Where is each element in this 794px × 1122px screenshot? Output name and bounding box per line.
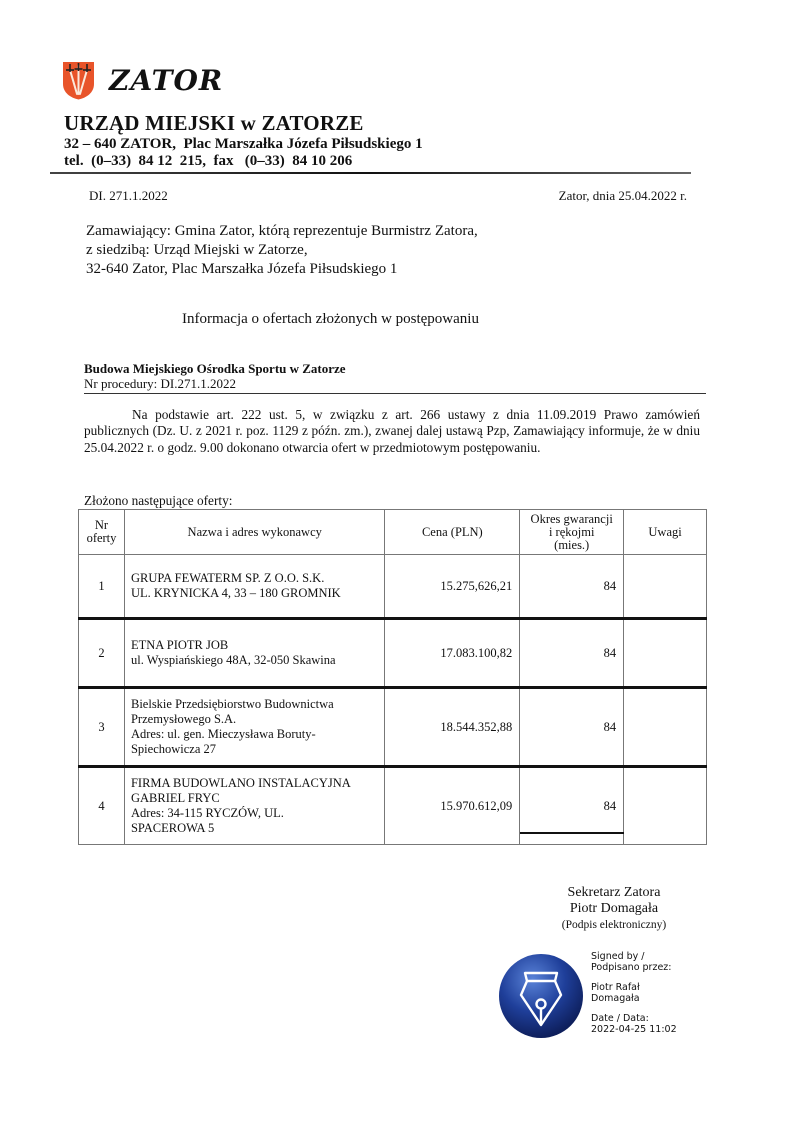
project-divider: [84, 393, 706, 394]
contractor-name-address: Bielskie Przedsiębiorstwo BudownictwaPrz…: [124, 688, 384, 767]
project-name: Budowa Miejskiego Ośrodka Sportu w Zator…: [84, 361, 346, 377]
offer-number: 3: [79, 688, 125, 767]
contractor-line: UL. KRYNICKA 4, 33 – 180 GROMNIK: [131, 586, 378, 601]
fountain-pen-seal-icon: [498, 953, 584, 1039]
office-address: 32 – 640 ZATOR, Plac Marszałka Józefa Pi…: [64, 136, 423, 153]
signature-date: 2022-04-25 11:02: [591, 1024, 677, 1035]
offer-warranty: 84: [520, 688, 624, 767]
header-price: Cena (PLN): [385, 510, 520, 555]
offer-warranty: 84: [520, 555, 624, 619]
table-row: 1GRUPA FEWATERM SP. Z O.O. S.K.UL. KRYNI…: [79, 555, 707, 619]
contractor-line: SPACEROWA 5: [131, 821, 378, 836]
coat-of-arms-icon: [62, 60, 95, 100]
offers-label: Złożono następujące oferty:: [84, 493, 232, 509]
table-row: 3Bielskie Przedsiębiorstwo BudownictwaPr…: [79, 688, 707, 767]
letterhead-logo: ZATOR: [62, 60, 223, 100]
offer-notes: [624, 619, 707, 688]
header-warranty: Okres gwarancji i rękojmi (mies.): [520, 510, 624, 555]
offer-number: 2: [79, 619, 125, 688]
place-date: Zator, dnia 25.04.2022 r.: [559, 188, 687, 204]
contractor-line: Bielskie Przedsiębiorstwo Budownictwa: [131, 697, 378, 712]
brand-name: ZATOR: [109, 64, 223, 97]
table-row: 2ETNA PIOTR JOBul. Wyspiańskiego 48A, 32…: [79, 619, 707, 688]
client-line: 32-640 Zator, Plac Marszałka Józefa Piłs…: [86, 260, 478, 279]
offer-price: 15.275,626,21: [385, 555, 520, 619]
office-name: URZĄD MIEJSKI w ZATORZE: [64, 111, 364, 136]
body-paragraph: Na podstawie art. 222 ust. 5, w związku …: [84, 407, 700, 456]
signer-title: Sekretarz Zatora: [520, 885, 708, 901]
document-title: Informacja o ofertach złożonych w postęp…: [182, 311, 479, 328]
offer-number: 1: [79, 555, 125, 619]
header-name: Nazwa i adres wykonawcy: [124, 510, 384, 555]
contractor-name-address: GRUPA FEWATERM SP. Z O.O. S.K.UL. KRYNIC…: [124, 555, 384, 619]
offers-table: Nr oferty Nazwa i adres wykonawcy Cena (…: [78, 509, 707, 845]
offer-warranty: 84: [520, 619, 624, 688]
offer-notes: [624, 767, 707, 845]
signature-note: (Podpis elektroniczny): [520, 917, 708, 933]
contractor-name-address: ETNA PIOTR JOBul. Wyspiańskiego 48A, 32-…: [124, 619, 384, 688]
offer-price: 15.970.612,09: [385, 767, 520, 845]
header-nr: Nr oferty: [79, 510, 125, 555]
contractor-line: ul. Wyspiańskiego 48A, 32-050 Skawina: [131, 653, 378, 668]
procedure-number: Nr procedury: DI.271.1.2022: [84, 376, 236, 392]
reference-number: DI. 271.1.2022: [89, 188, 168, 204]
client-line: Zamawiający: Gmina Zator, którą reprezen…: [86, 222, 478, 241]
contractor-line: FIRMA BUDOWLANO INSTALACYJNA: [131, 776, 378, 791]
header-notes: Uwagi: [624, 510, 707, 555]
signer-full-name: Piotr Rafał: [591, 982, 677, 993]
contractor-line: Adres: ul. gen. Mieczysława Boruty-: [131, 727, 378, 742]
office-phone: tel. (0–33) 84 12 215, fax (0–33) 84 10 …: [64, 153, 352, 170]
client-line: z siedzibą: Urząd Miejski w Zatorze,: [86, 241, 478, 260]
offer-price: 18.544.352,88: [385, 688, 520, 767]
signer-name: Piotr Domagała: [520, 901, 708, 917]
warranty-underline: [520, 832, 624, 834]
contractor-line: GRUPA FEWATERM SP. Z O.O. S.K.: [131, 571, 378, 586]
signature-details: Signed by / Podpisano przez: Piotr Rafał…: [591, 951, 677, 1035]
contractor-name-address: FIRMA BUDOWLANO INSTALACYJNAGABRIEL FRYC…: [124, 767, 384, 845]
signature-block: Sekretarz Zatora Piotr Domagała (Podpis …: [520, 885, 708, 933]
offer-number: 4: [79, 767, 125, 845]
client-block: Zamawiający: Gmina Zator, którą reprezen…: [86, 222, 478, 279]
letterhead-divider: [50, 172, 691, 174]
contractor-line: Adres: 34-115 RYCZÓW, UL.: [131, 806, 378, 821]
offer-price: 17.083.100,82: [385, 619, 520, 688]
contractor-line: Przemysłowego S.A.: [131, 712, 378, 727]
contractor-line: GABRIEL FRYC: [131, 791, 378, 806]
offer-notes: [624, 688, 707, 767]
table-header-row: Nr oferty Nazwa i adres wykonawcy Cena (…: [79, 510, 707, 555]
contractor-line: ETNA PIOTR JOB: [131, 638, 378, 653]
offer-notes: [624, 555, 707, 619]
contractor-line: Spiechowicza 27: [131, 742, 378, 757]
